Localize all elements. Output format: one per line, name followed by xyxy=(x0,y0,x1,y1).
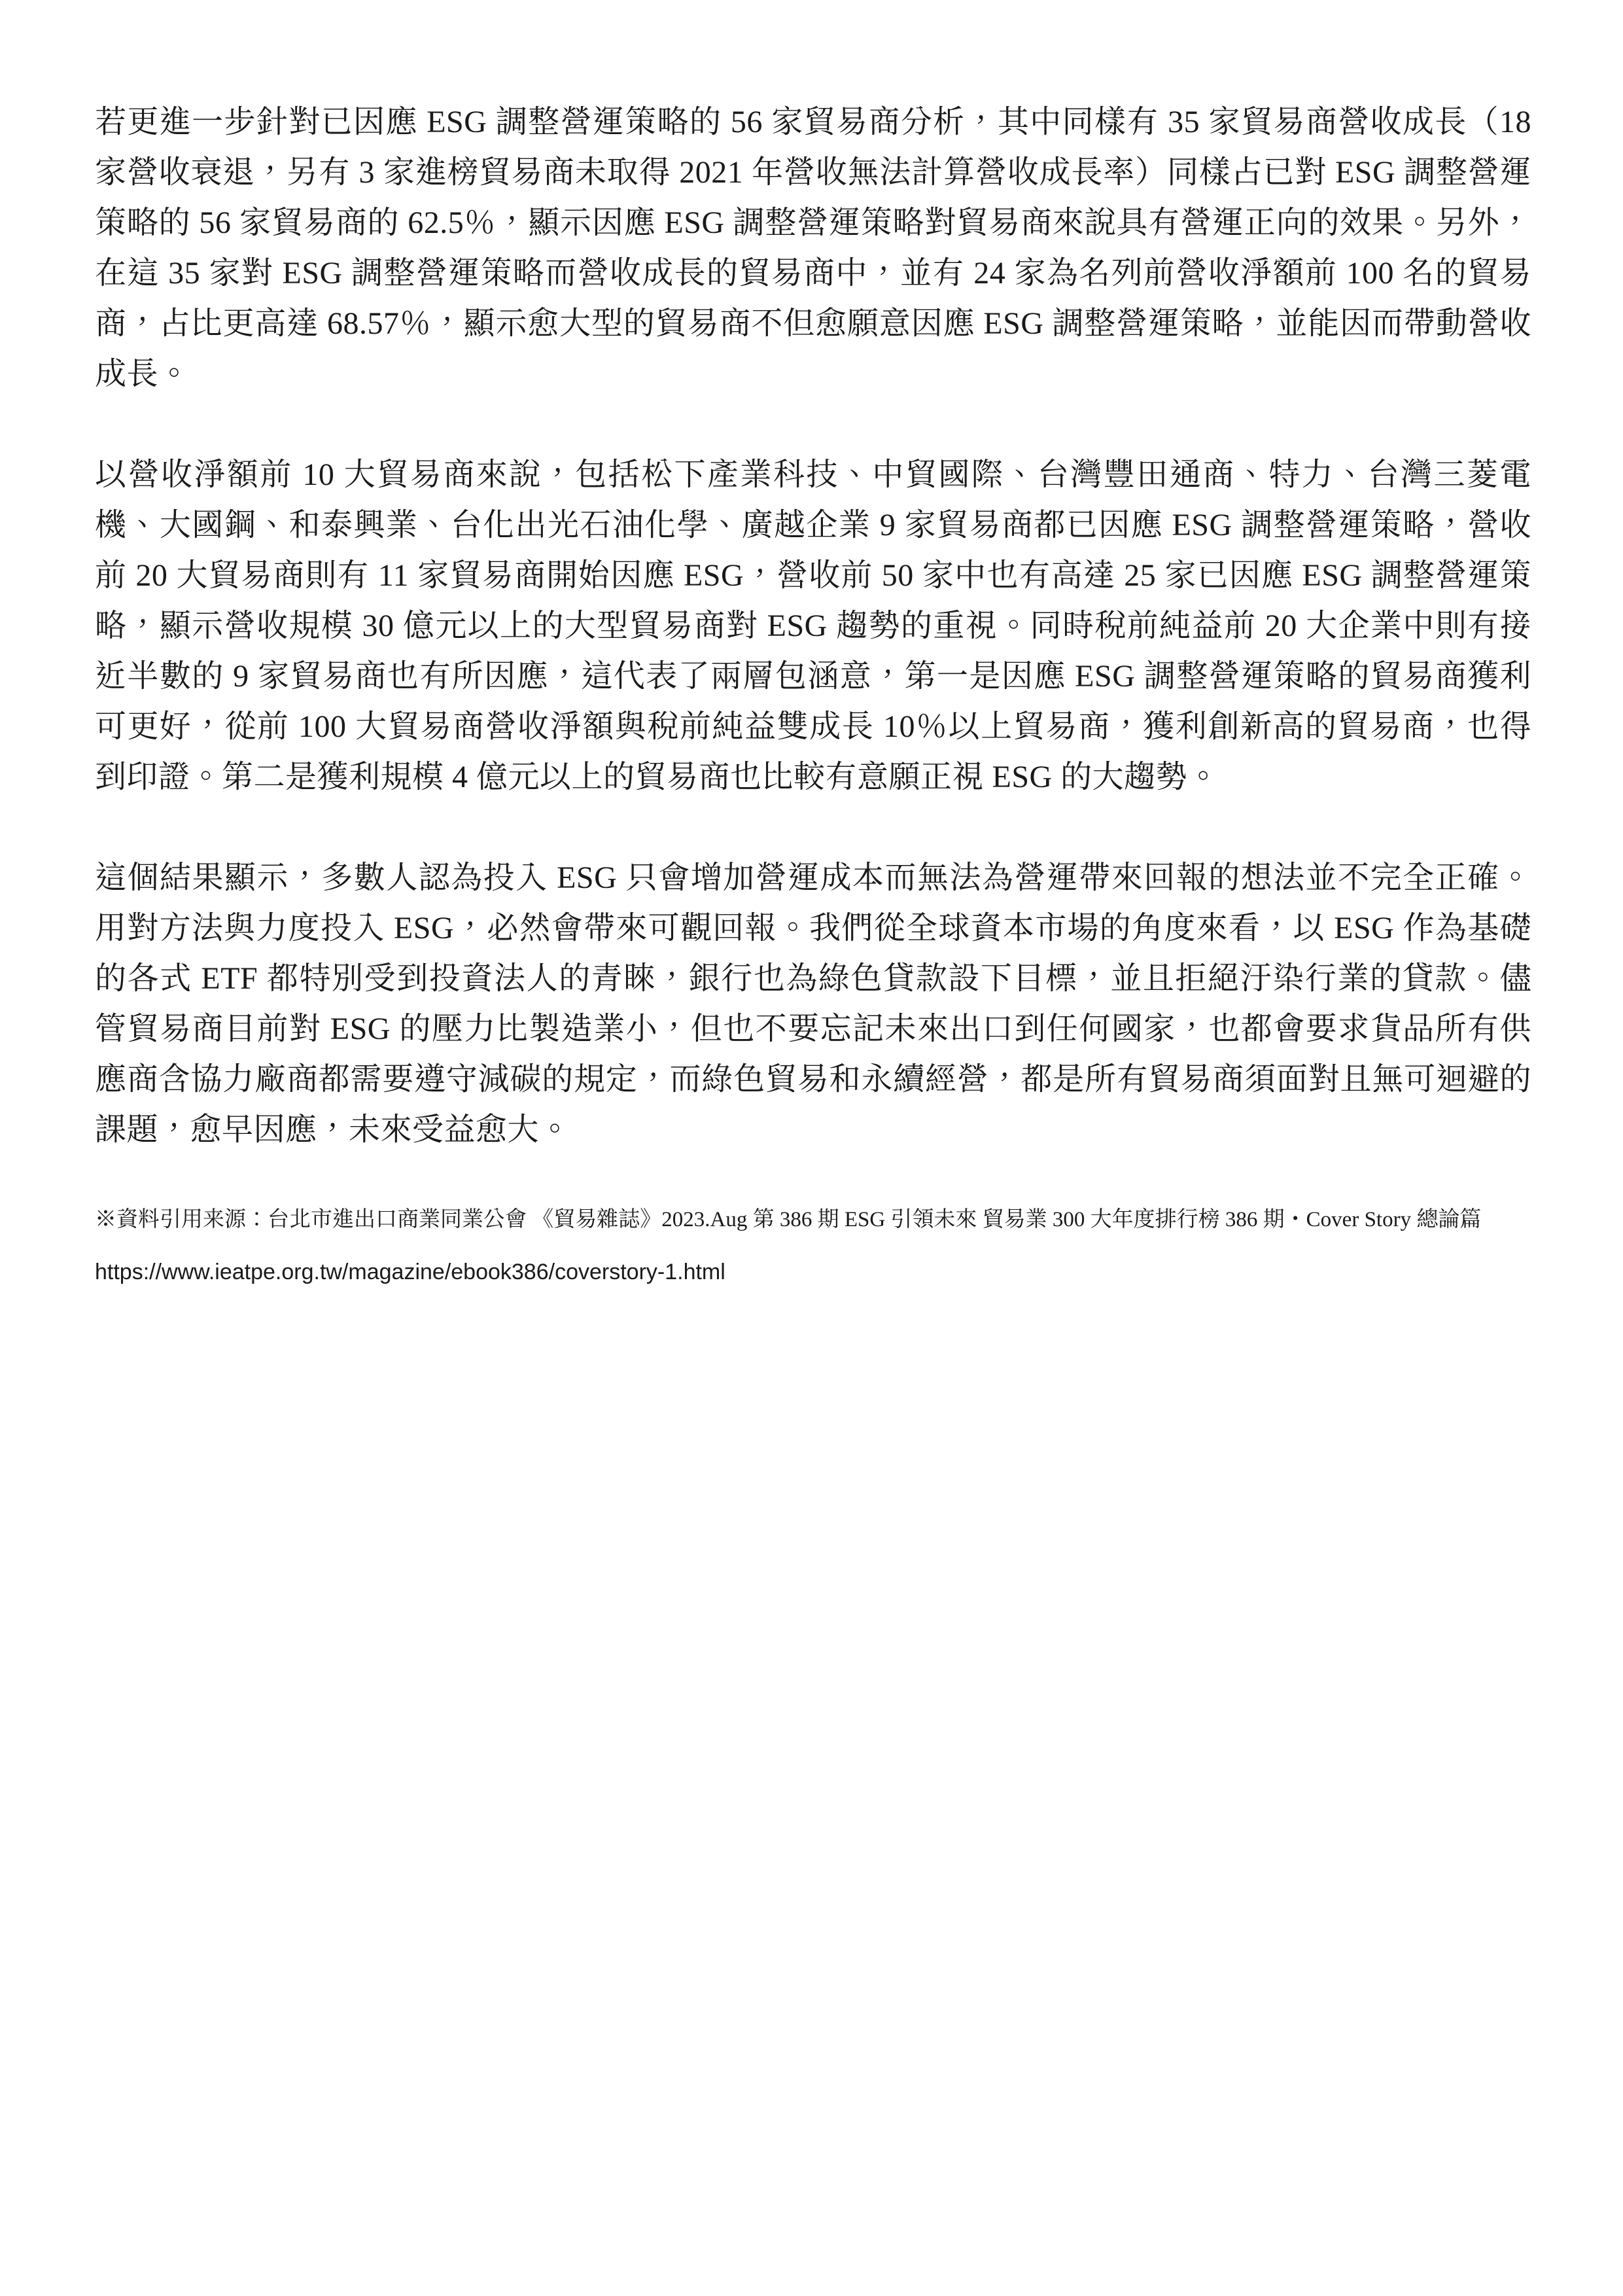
document-content: 若更進一步針對已因應 ESG 調整營運策略的 56 家貿易商分析，其中同樣有 3… xyxy=(0,0,1623,1286)
paragraph-esg-investment-conclusion: 這個結果顯示，多數人認為投入 ESG 只會增加營運成本而無法為營運帶來回報的想法… xyxy=(95,853,1531,1155)
document-page: 若更進一步針對已因應 ESG 調整營運策略的 56 家貿易商分析，其中同樣有 3… xyxy=(0,0,1623,2296)
paragraph-top-traders-esg-adoption: 以營收淨額前 10 大貿易商來說，包括松下產業科技、中貿國際、台灣豐田通商、特力… xyxy=(95,450,1531,802)
footnote-source-citation: ※資料引用来源：台北市進出口商業同業公會 《貿易雜誌》2023.Aug 第 38… xyxy=(95,1205,1531,1234)
paragraph-esg-56-traders-analysis: 若更進一步針對已因應 ESG 調整營運策略的 56 家貿易商分析，其中同樣有 3… xyxy=(95,97,1531,399)
footnote-source-url: https://www.ieatpe.org.tw/magazine/ebook… xyxy=(95,1258,1531,1286)
footnote: ※資料引用来源：台北市進出口商業同業公會 《貿易雜誌》2023.Aug 第 38… xyxy=(95,1205,1531,1286)
